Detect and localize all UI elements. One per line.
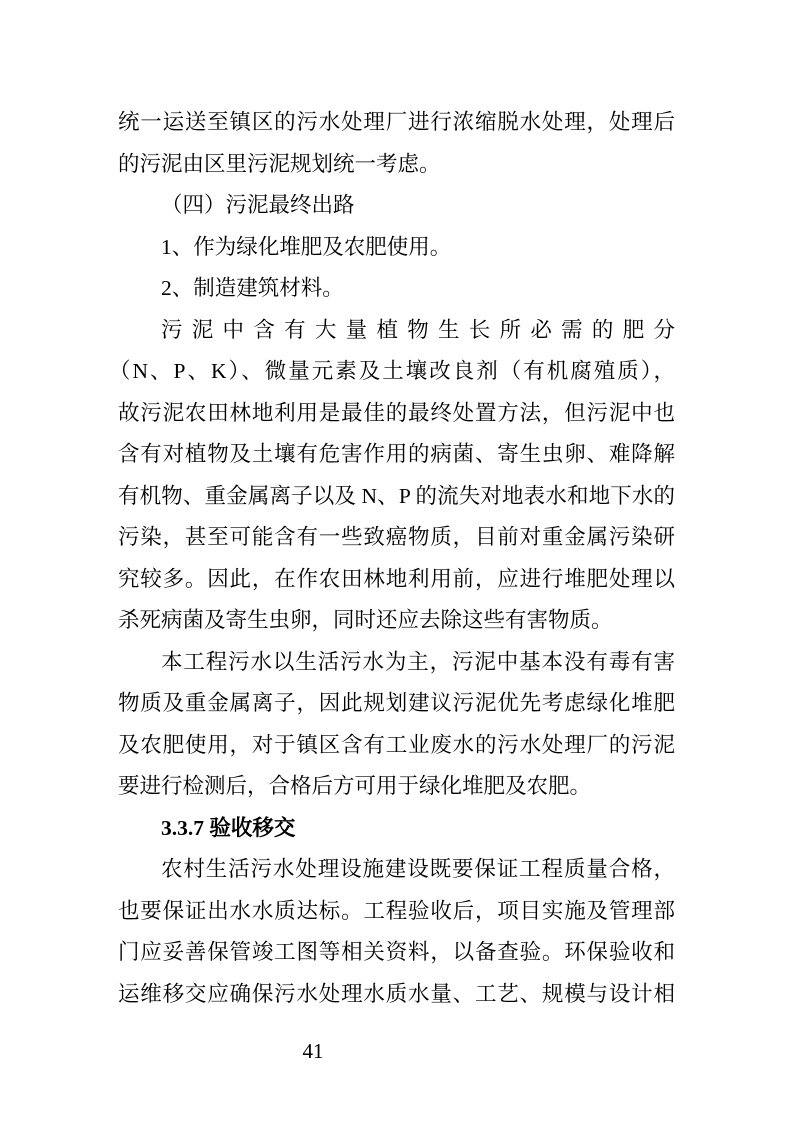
text-line: （四）污泥最终出路 — [118, 185, 675, 227]
text-line: 故污泥农田林地利用是最佳的最终处置方法，但污泥中也 — [118, 393, 675, 435]
text-line: 物质及重金属离子，因此规划建议污泥优先考虑绿化堆肥 — [118, 683, 675, 725]
text-line: 有机物、重金属离子以及 N、P 的流失对地表水和地下水的 — [118, 476, 675, 518]
text-line: 的污泥由区里污泥规划统一考虑。 — [118, 144, 675, 186]
text-line: 污泥中含有大量植物生长所必需的肥分 — [118, 310, 675, 352]
text-line: 2、制造建筑材料。 — [118, 268, 675, 310]
text-line: （N、P、K）、微量元素及土壤改良剂（有机腐殖质）， — [118, 351, 675, 393]
text-line: 本工程污水以生活污水为主，污泥中基本没有毒有害 — [118, 642, 675, 684]
text-line: 1、作为绿化堆肥及农肥使用。 — [118, 227, 675, 269]
text-line: 究较多。因此，在作农田林地利用前，应进行堆肥处理以 — [118, 559, 675, 601]
text-line: 及农肥使用，对于镇区含有工业废水的污水处理厂的污泥 — [118, 725, 675, 767]
page-number: 41 — [283, 1036, 343, 1066]
text-line: 杀死病菌及寄生虫卵，同时还应去除这些有害物质。 — [118, 600, 675, 642]
text-line: 要进行检测后，合格后方可用于绿化堆肥及农肥。 — [118, 766, 675, 808]
text-line: 运维移交应确保污水处理水质水量、工艺、规模与设计相 — [118, 974, 675, 1016]
document-text-block: 统一运送至镇区的污水处理厂进行浓缩脱水处理，处理后的污泥由区里污泥规划统一考虑。… — [118, 102, 675, 1015]
text-line: 农村生活污水处理设施建设既要保证工程质量合格， — [118, 849, 675, 891]
text-line: 3.3.7 验收移交 — [118, 808, 675, 850]
text-line: 含有对植物及土壤有危害作用的病菌、寄生虫卵、难降解 — [118, 434, 675, 476]
text-line: 污染，甚至可能含有一些致癌物质，目前对重金属污染研 — [118, 517, 675, 559]
text-line: 也要保证出水水质达标。工程验收后，项目实施及管理部 — [118, 891, 675, 933]
text-line: 门应妥善保管竣工图等相关资料，以备查验。环保验收和 — [118, 932, 675, 974]
text-line: 统一运送至镇区的污水处理厂进行浓缩脱水处理，处理后 — [118, 102, 675, 144]
document-page: 统一运送至镇区的污水处理厂进行浓缩脱水处理，处理后的污泥由区里污泥规划统一考虑。… — [0, 0, 793, 1122]
